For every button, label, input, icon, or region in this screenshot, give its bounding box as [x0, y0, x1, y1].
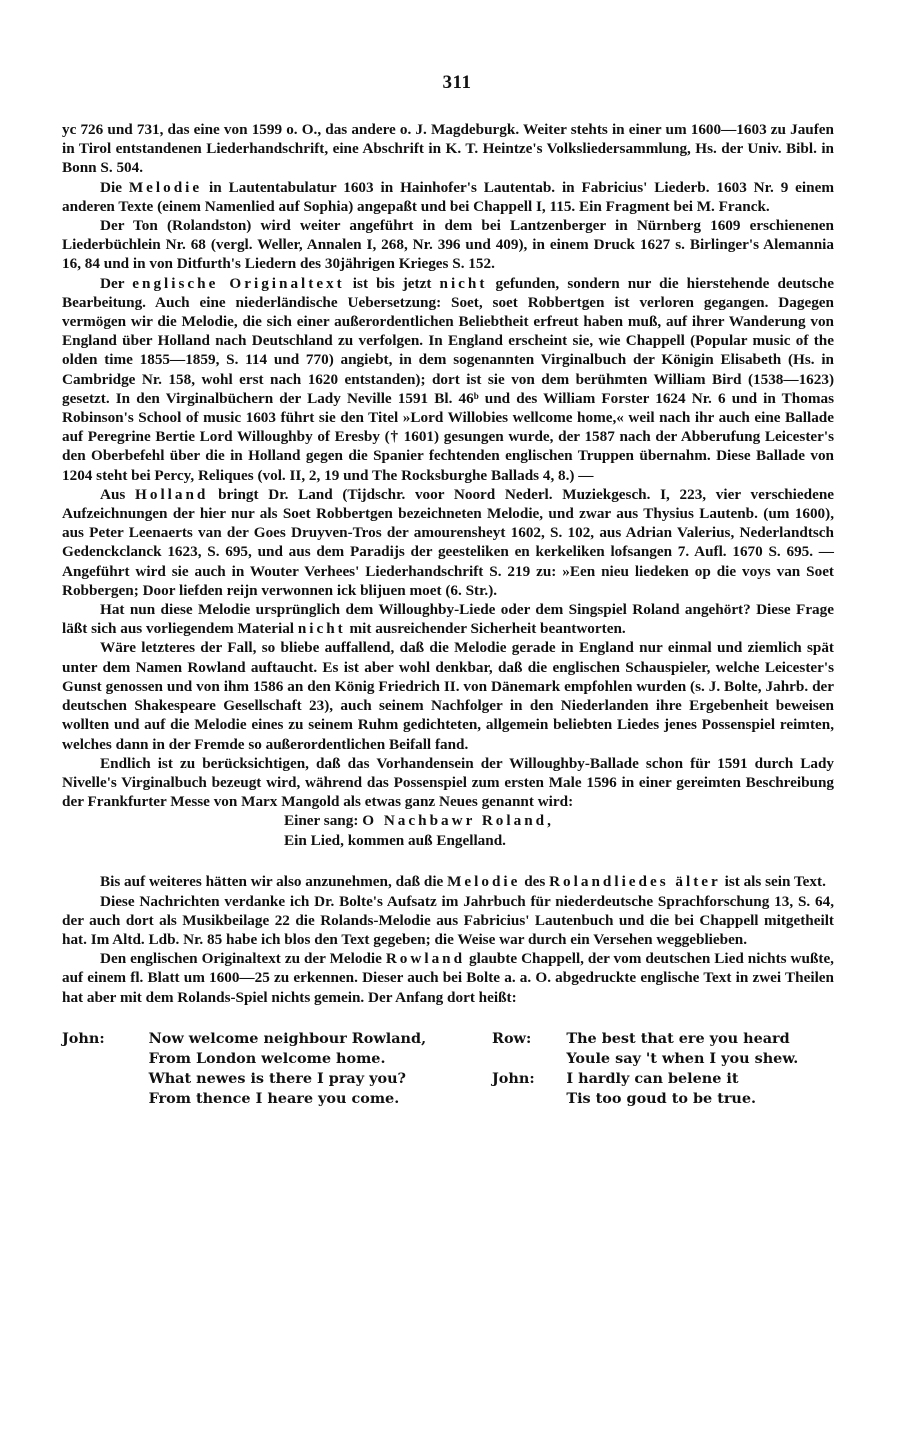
- paragraph: Diese Nachrichten verdanke ich Dr. Bolte…: [62, 892, 834, 950]
- text-run: mit ausreichender Sicherheit beantworten…: [346, 620, 626, 637]
- speaker-label: [62, 1069, 141, 1089]
- text-run: Einer sang:: [284, 812, 362, 829]
- speaker-label: John:: [492, 1069, 558, 1089]
- text-run: Der: [100, 275, 132, 292]
- paragraph: Aus Holland bringt Dr. Land (Tijdschr. v…: [62, 485, 834, 600]
- verse-line: I hardly can belene it: [566, 1069, 822, 1089]
- emphasized-text: O Nachbawr Roland,: [362, 812, 554, 829]
- text-run: Wäre letzteres der Fall, so bliebe auffa…: [62, 639, 834, 752]
- text-run: des: [520, 873, 549, 890]
- text-run: ist als sein Text.: [721, 873, 826, 890]
- verse-column-left: John:Now welcome neighbour Rowland,From …: [62, 1029, 462, 1109]
- speaker-label: John:: [62, 1029, 141, 1049]
- page-number: 311: [62, 72, 834, 94]
- speaker-label: [62, 1089, 141, 1109]
- speaker-label: Row:: [492, 1029, 558, 1049]
- book-page: 311 yc 726 und 731, das eine von 1599 o.…: [62, 72, 834, 1109]
- emphasized-text: englische Originaltext: [132, 275, 344, 292]
- emphasized-text: Rolandliedes älter: [549, 873, 721, 890]
- emphasized-text: Melodie: [129, 179, 202, 196]
- verse-line: Now welcome neighbour Rowland,: [149, 1029, 462, 1049]
- text-run: gefunden, sondern nur die hierstehende d…: [62, 275, 834, 484]
- text-run: Die: [100, 179, 129, 196]
- text-run: Endlich ist zu berücksichtigen, daß das …: [62, 755, 834, 810]
- verse-column-right: Row:The best that ere you heardYoule say…: [492, 1029, 822, 1109]
- speaker-label: [492, 1089, 558, 1109]
- body-text-before-quote: yc 726 und 731, das eine von 1599 o. O.,…: [62, 120, 834, 811]
- paragraph: Den englischen Originaltext zu der Melod…: [62, 949, 834, 1007]
- paragraph: Die Melodie in Lautentabulatur 1603 in H…: [62, 178, 834, 216]
- verse-line: From thence I heare you come.: [149, 1089, 462, 1109]
- verse-line: What newes is there I pray you?: [149, 1069, 462, 1089]
- emphasized-text: Holland: [135, 486, 208, 503]
- paragraph: yc 726 und 731, das eine von 1599 o. O.,…: [62, 120, 834, 178]
- paragraph: Der Ton (Rolandston) wird weiter angefüh…: [62, 216, 834, 274]
- paragraph: Der englische Originaltext ist bis jetzt…: [62, 274, 834, 485]
- emphasized-text: Rowland: [386, 950, 465, 967]
- paragraph: Endlich ist zu berücksichtigen, daß das …: [62, 754, 834, 812]
- text-run: ist bis jetzt: [345, 275, 440, 292]
- verse-line: Tis too goud to be true.: [566, 1089, 822, 1109]
- emphasized-text: nicht: [440, 275, 488, 292]
- emphasized-text: Melodie: [447, 873, 520, 890]
- verse-line: The best that ere you heard: [566, 1029, 822, 1049]
- text-run: Diese Nachrichten verdanke ich Dr. Bolte…: [62, 893, 834, 948]
- text-run: Ein Lied, kommen auß Engelland.: [284, 832, 506, 849]
- quote-line: Ein Lied, kommen auß Engelland.: [62, 831, 834, 851]
- paragraph: Bis auf weiteres hätten wir also anzuneh…: [62, 872, 834, 891]
- quote-line: Einer sang: O Nachbawr Roland,: [62, 811, 834, 831]
- text-run: Der Ton (Rolandston) wird weiter angefüh…: [62, 217, 834, 272]
- text-run: Aus: [100, 486, 135, 503]
- emphasized-text: nicht: [298, 620, 346, 637]
- speaker-label: [62, 1049, 141, 1069]
- text-run: yc 726 und 731, das eine von 1599 o. O.,…: [62, 121, 834, 176]
- quoted-verse: Einer sang: O Nachbawr Roland,Ein Lied, …: [62, 811, 834, 850]
- verse-line: From London welcome home.: [149, 1049, 462, 1069]
- paragraph: Hat nun diese Melodie ursprünglich dem W…: [62, 600, 834, 638]
- english-verse-excerpt: John:Now welcome neighbour Rowland,From …: [62, 1029, 834, 1109]
- text-run: Den englischen Originaltext zu der Melod…: [100, 950, 386, 967]
- speaker-label: [492, 1049, 558, 1069]
- paragraph: Wäre letzteres der Fall, so bliebe auffa…: [62, 638, 834, 753]
- verse-line: Youle say 't when I you shew.: [566, 1049, 822, 1069]
- spacer: [62, 850, 834, 872]
- body-text-after-quote: Bis auf weiteres hätten wir also anzuneh…: [62, 872, 834, 1006]
- text-run: Bis auf weiteres hätten wir also anzuneh…: [100, 873, 447, 890]
